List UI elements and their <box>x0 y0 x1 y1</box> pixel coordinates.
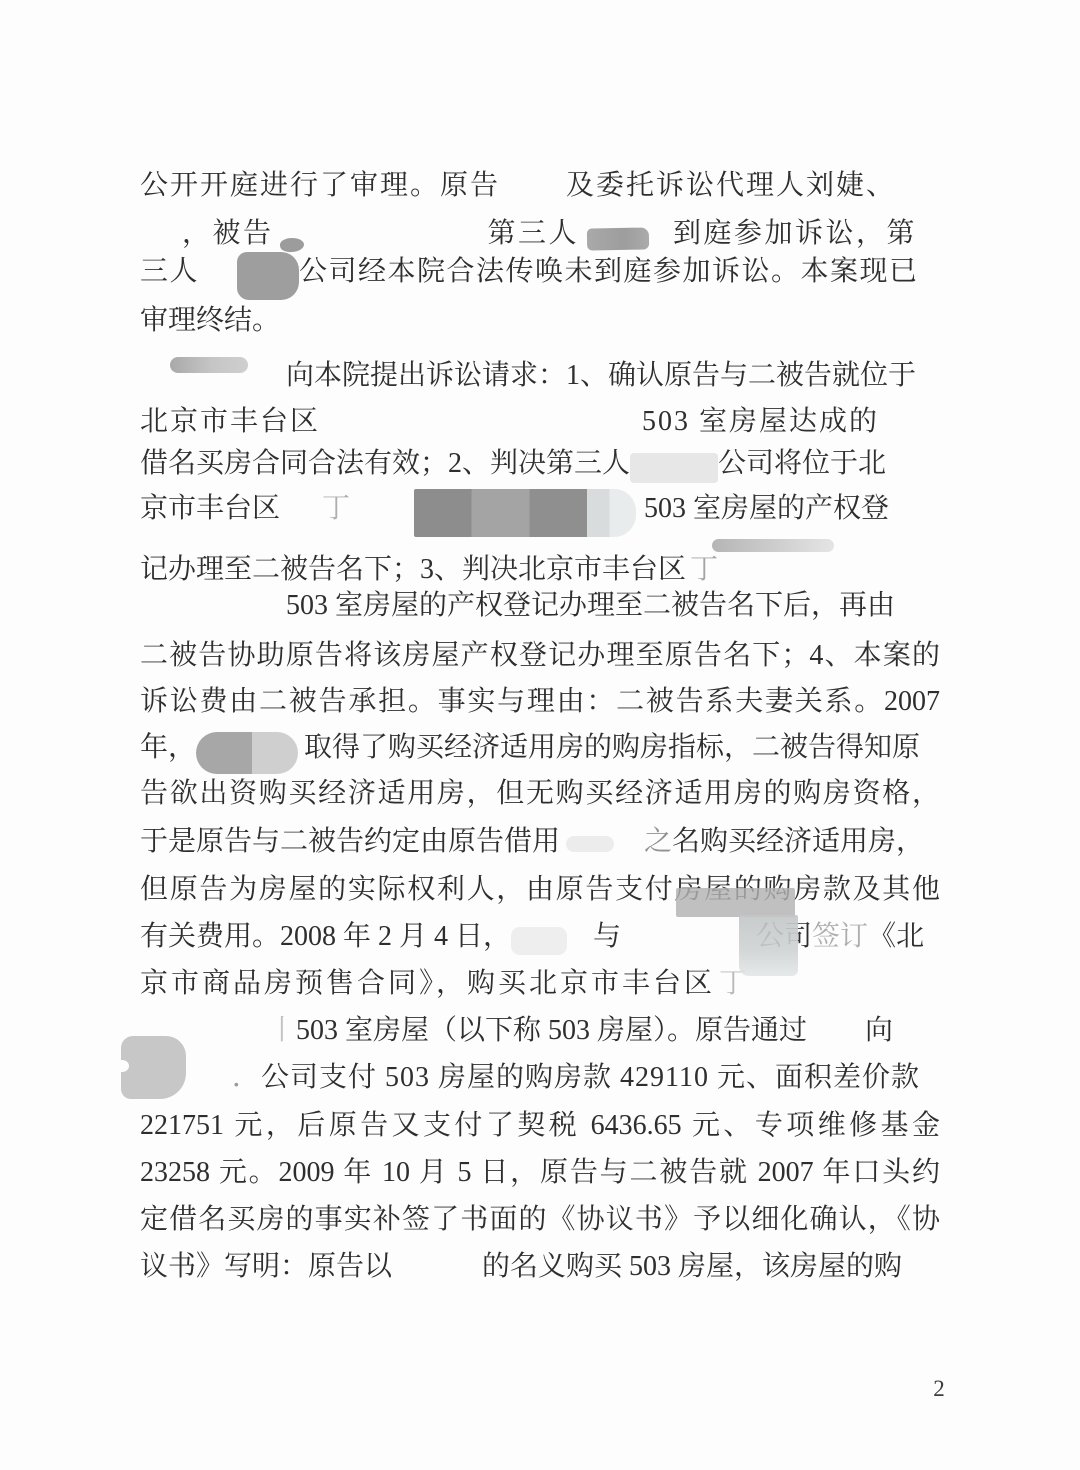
text-run: 公司支付 503 房屋的购房款 429110 元、面积差价款 <box>261 1062 920 1093</box>
redaction-gap <box>140 240 182 242</box>
document-line: 北京市丰台区503 室房屋达成的 <box>140 399 940 445</box>
redaction-box <box>196 732 298 774</box>
text-run: 京市商品房预售合同》，购买北京市丰台区 <box>140 968 715 999</box>
redaction-gap <box>636 515 644 517</box>
text-run: 503 室房屋（以下称 503 房屋）。原告通过 <box>296 1015 807 1046</box>
document-line: 有关费用。2008 年 2 月 4 日，与公司签订《北 <box>140 914 940 960</box>
redaction-overlay <box>121 1036 186 1099</box>
document-line: 221751 元，后原告又支付了契税 6436.65 元、专项维修基金 <box>140 1103 940 1149</box>
text-run: 221751 元，后原告又支付了契税 6436.65 元、专项维修基金 <box>140 1110 940 1141</box>
ghost-text: 之 <box>644 826 672 857</box>
document-page: 公开开庭进行了审理。原告及委托诉讼代理人刘婕、，被告第三人到庭参加诉讼，第三人公… <box>0 0 1080 1470</box>
text-run: 但原告为房屋的实际权利人，由原告支付房屋的购房款及其他 <box>140 874 940 905</box>
redaction-gap <box>304 240 488 242</box>
ghost-text: 丁 <box>690 554 718 585</box>
document-line: ．公司支付 503 房屋的购房款 429110 元、面积差价款 <box>140 1055 940 1101</box>
document-line: 丨503 室房屋（以下称 503 房屋）。原告通过向 <box>140 1008 940 1054</box>
redaction-gap <box>140 612 286 614</box>
text-run: 有关费用。2008 年 2 月 4 日， <box>140 921 511 952</box>
text-run: 公司将位于北 <box>718 448 886 479</box>
redaction-box <box>587 227 649 250</box>
text-run: 向 <box>865 1015 893 1046</box>
redaction-gap <box>807 1037 865 1039</box>
text-run: 503 室房屋的产权登 <box>644 493 889 524</box>
text-run: ，被告 <box>182 218 274 249</box>
document-line: 定借名买房的事实补签了书面的《协议书》予以细化确认，《协 <box>140 1197 940 1243</box>
text-run: 的名义购买 503 房屋，该房屋的购 <box>482 1251 902 1282</box>
redaction-gap <box>140 382 170 384</box>
document-line: 二被告协助原告将该房屋产权登记办理至原告名下；4、本案的 <box>140 633 940 679</box>
redaction-gap <box>350 515 414 517</box>
redaction-gap <box>500 192 566 194</box>
document-line: 公开开庭进行了审理。原告及委托诉讼代理人刘婕、 <box>140 163 940 209</box>
text-run: 年， <box>140 732 196 763</box>
redaction-gap <box>248 382 286 384</box>
document-line: 但原告为房屋的实际权利人，由原告支付房屋的购房款及其他 <box>140 867 940 913</box>
text-run: 与 <box>593 921 621 952</box>
ghost-text: 签订 <box>812 921 868 952</box>
redaction-box <box>511 927 567 955</box>
text-run: 名购买经济适用房， <box>672 826 924 857</box>
text-run: 北京市丰台区 <box>140 406 320 437</box>
redaction-gap <box>649 240 673 242</box>
text-run: 取得了购买经济适用房的购房指标，二被告得知原 <box>304 732 920 763</box>
document-line: 年，取得了购买经济适用房的购房指标，二被告得知原 <box>140 725 940 771</box>
redaction-box <box>566 836 614 852</box>
text-run: 二被告协助原告将该房屋产权登记办理至原告名下；4、本案的 <box>140 640 940 671</box>
document-line: 23258 元。2009 年 10 月 5 日，原告与二被告就 2007 年口头… <box>140 1150 940 1196</box>
text-run: 审理终结。 <box>140 305 280 336</box>
text-run: 到庭参加诉讼，第 <box>673 218 917 249</box>
document-line: 于是原告与二被告约定由原告借用之名购买经济适用房， <box>140 819 940 865</box>
redaction-box <box>630 453 718 483</box>
redaction-gap <box>199 278 237 280</box>
page-number: 2 <box>924 1376 954 1402</box>
text-run: 定借名买房的事实补签了书面的《协议书》予以细化确认，《协 <box>140 1204 940 1235</box>
text-run: 503 室房屋的产权登记办理至二被告名下后，再由 <box>286 590 895 621</box>
document-line: 告欲出资购买经济适用房，但无购买经济适用房的购房资格， <box>140 771 940 817</box>
ghost-text: ． <box>232 1062 261 1093</box>
text-run: 《北 <box>868 921 924 952</box>
document-line: 诉讼费由二被告承担。事实与理由：二被告系夫妻关系。2007 <box>140 679 940 725</box>
text-run: 借名买房合同合法有效；2、判决第三人 <box>140 448 630 479</box>
redaction-gap <box>614 848 644 850</box>
redaction-gap <box>320 428 642 430</box>
redaction-overlay <box>739 915 798 976</box>
text-run: 告欲出资购买经济适用房，但无购买经济适用房的购房资格， <box>140 778 940 809</box>
text-run: 及委托诉讼代理人刘婕、 <box>566 170 896 201</box>
text-run: 诉讼费由二被告承担。事实与理由：二被告系夫妻关系。2007 <box>140 686 940 717</box>
text-run: 向本院提出诉讼请求：1、确认原告与二被告就位于 <box>286 360 916 391</box>
redaction-gap <box>274 240 280 242</box>
document-line: 借名买房合同合法有效；2、判决第三人公司将位于北 <box>140 441 940 487</box>
document-line: 三人公司经本院合法传唤未到庭参加诉讼。本案现已 <box>140 249 940 295</box>
redaction-box <box>237 252 299 300</box>
document-line: 审理终结。 <box>140 298 940 344</box>
redaction-overlay <box>712 539 834 552</box>
text-run: 503 室房屋达成的 <box>642 406 879 437</box>
text-run: 第三人 <box>488 218 580 249</box>
text-run: 公开开庭进行了审理。原告 <box>140 170 500 201</box>
text-run: 议书》写明：原告以 <box>140 1251 392 1282</box>
redaction-gap <box>392 1273 482 1275</box>
text-run: 三人 <box>140 256 199 287</box>
ghost-text: 丁 <box>322 493 350 524</box>
text-run: 京市丰台区 <box>140 493 280 524</box>
ghost-text: 丨 <box>268 1015 296 1046</box>
redaction-gap <box>579 240 587 242</box>
redaction-box <box>414 489 636 537</box>
redaction-gap <box>560 848 566 850</box>
document-line: 京市丰台区丁503 室房屋的产权登 <box>140 486 940 532</box>
document-line: 议书》写明：原告以的名义购买 503 房屋，该房屋的购 <box>140 1244 940 1290</box>
redaction-gap <box>621 943 756 945</box>
redaction-gap <box>567 943 593 945</box>
text-run: 记办理至二被告名下；3、判决北京市丰台区 <box>140 554 686 585</box>
document-line: 向本院提出诉讼请求：1、确认原告与二被告就位于 <box>140 353 940 399</box>
redaction-overlay <box>676 888 795 917</box>
text-run: 于是原告与二被告约定由原告借用 <box>140 826 560 857</box>
redaction-box <box>170 357 248 373</box>
redaction-gap <box>280 515 322 517</box>
document-line: 503 室房屋的产权登记办理至二被告名下后，再由 <box>140 583 940 629</box>
text-run: 23258 元。2009 年 10 月 5 日，原告与二被告就 2007 年口头… <box>140 1157 940 1188</box>
text-run: 公司经本院合法传唤未到庭参加诉讼。本案现已 <box>299 256 919 287</box>
document-line: 京市商品房预售合同》，购买北京市丰台区丁 <box>140 961 940 1007</box>
